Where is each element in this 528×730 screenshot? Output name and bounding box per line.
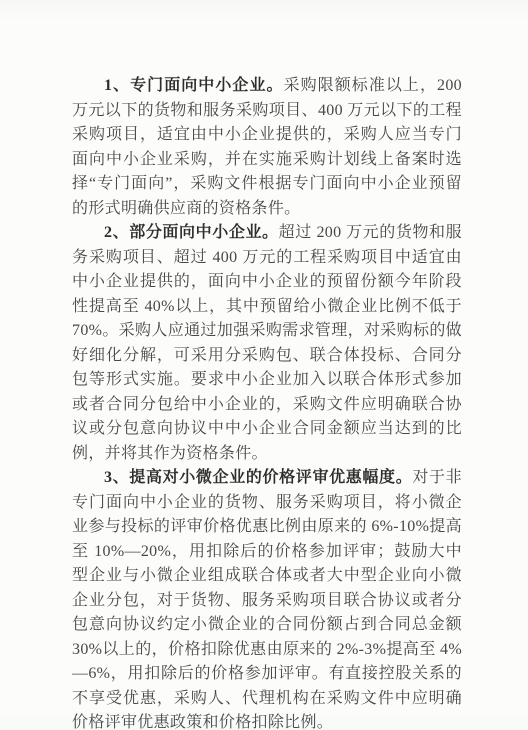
paragraph-heading: 1、专门面向中小企业。	[104, 77, 284, 94]
paragraph-heading: 3、提高对小微企业的价格评审优惠幅度。	[104, 469, 412, 486]
page-number: 2	[0, 688, 528, 699]
document-body: 1、专门面向中小企业。采购限额标准以上，200 万元以下的货物和服务采购项目、4…	[72, 74, 462, 730]
paragraph-heading: 2、部分面向中小企业。	[104, 224, 279, 241]
paragraph: 2、部分面向中小企业。超过 200 万元的货物和服务采购项目、超过 400 万元…	[72, 221, 462, 466]
paragraph: 1、专门面向中小企业。采购限额标准以上，200 万元以下的货物和服务采购项目、4…	[72, 74, 462, 221]
paragraph-text: 超过 200 万元的货物和服务采购项目、超过 400 万元的工程采购项目中适宜由…	[72, 224, 462, 462]
paragraph-text: 采购限额标准以上，200 万元以下的货物和服务采购项目、400 万元以下的工程采…	[72, 77, 462, 217]
document-page: 1、专门面向中小企业。采购限额标准以上，200 万元以下的货物和服务采购项目、4…	[0, 0, 528, 730]
